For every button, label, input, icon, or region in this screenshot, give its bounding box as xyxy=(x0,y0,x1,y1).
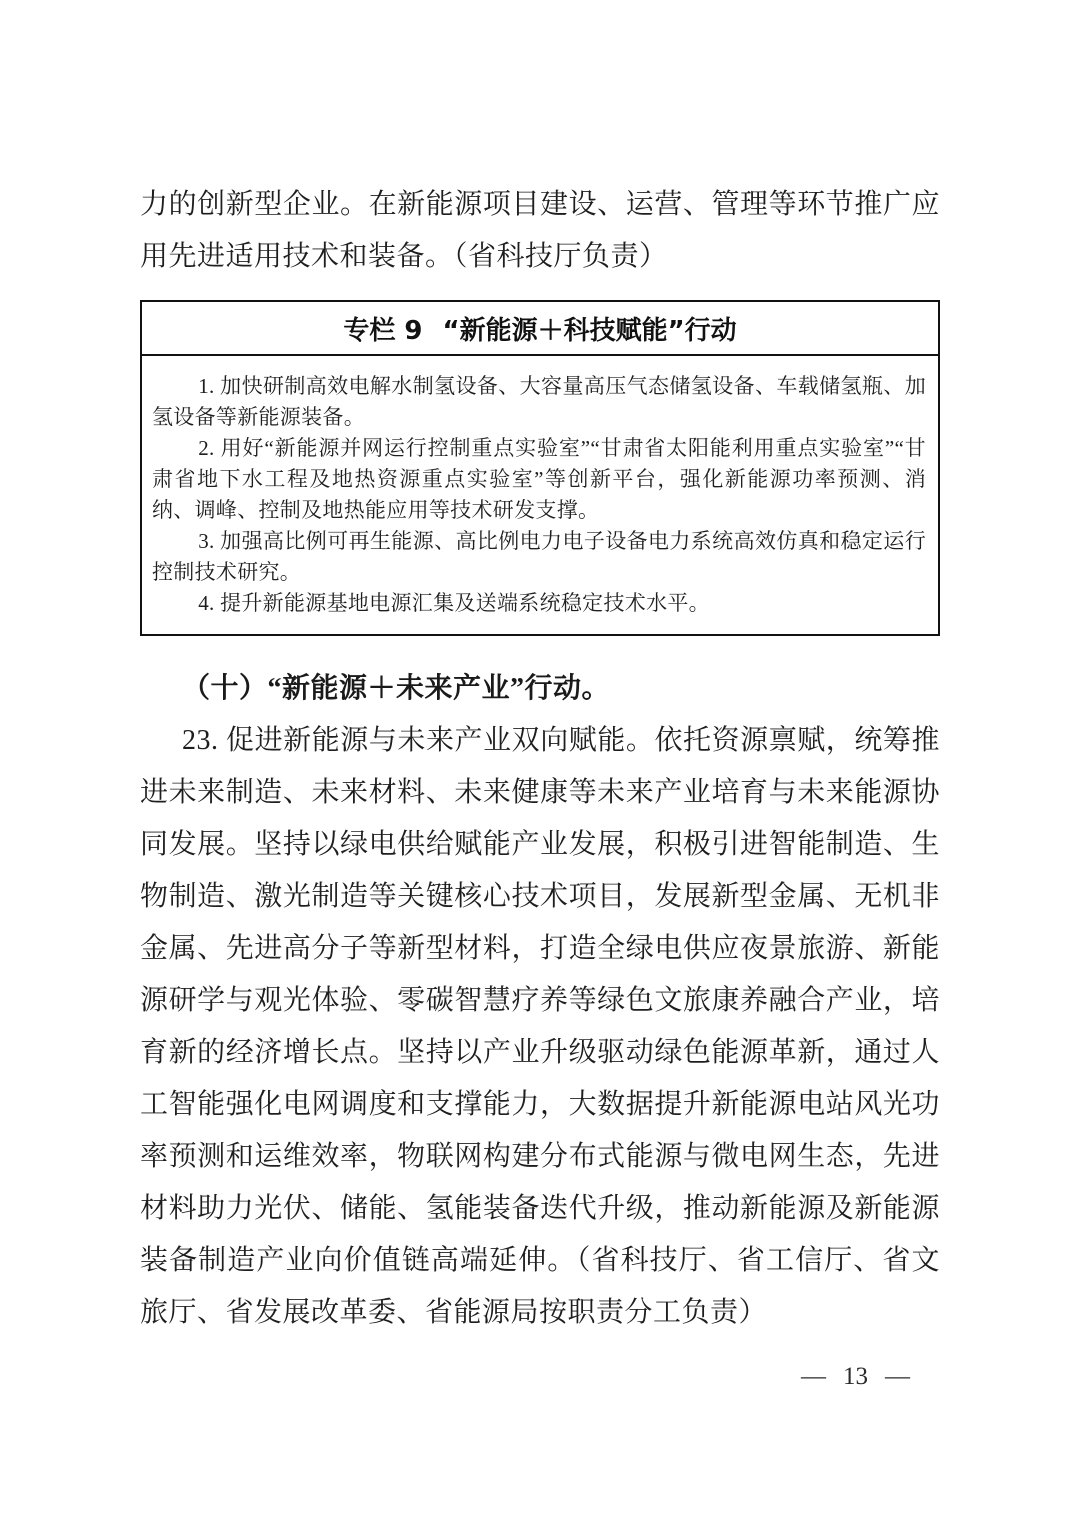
callout-item-3: 3. 加强高比例可再生能源、高比例电力电子设备电力系统高效仿真和稳定运行控制技术… xyxy=(152,526,926,588)
footer-dash-left: — xyxy=(801,1363,826,1391)
callout-item-4: 4. 提升新能源基地电源汇集及送端系统稳定技术水平。 xyxy=(152,588,926,619)
page-content: 力的创新型企业。在新能源项目建设、运营、管理等环节推广应用先进适用技术和装备。（… xyxy=(140,0,940,1339)
callout-box-header: 专栏 9 “新能源＋科技赋能”行动 xyxy=(142,302,938,356)
callout-item-1: 1. 加快研制高效电解水制氢设备、大容量高压气态储氢设备、车载储氢瓶、加氢设备等… xyxy=(152,371,926,433)
document-page: 力的创新型企业。在新能源项目建设、运营、管理等环节推广应用先进适用技术和装备。（… xyxy=(0,0,1080,1527)
callout-box-title: “新能源＋科技赋能”行动 xyxy=(442,310,736,347)
footer-page-number: 13 xyxy=(843,1363,868,1391)
intro-paragraph: 力的创新型企业。在新能源项目建设、运营、管理等环节推广应用先进适用技术和装备。（… xyxy=(140,179,940,283)
section-heading: （十）“新能源＋未来产业”行动。 xyxy=(140,663,940,715)
page-footer: — 13 — xyxy=(801,1363,910,1391)
callout-box-label: 专栏 9 xyxy=(343,310,422,347)
action-paragraph-23: 23. 促进新能源与未来产业双向赋能。依托资源禀赋，统筹推进未来制造、未来材料、… xyxy=(140,715,940,1339)
callout-box-body: 1. 加快研制高效电解水制氢设备、大容量高压气态储氢设备、车载储氢瓶、加氢设备等… xyxy=(142,356,938,634)
callout-box: 专栏 9 “新能源＋科技赋能”行动 1. 加快研制高效电解水制氢设备、大容量高压… xyxy=(140,300,940,636)
callout-item-2: 2. 用好“新能源并网运行控制重点实验室”“甘肃省太阳能利用重点实验室”“甘肃省… xyxy=(152,433,926,526)
footer-dash-right: — xyxy=(885,1363,910,1391)
